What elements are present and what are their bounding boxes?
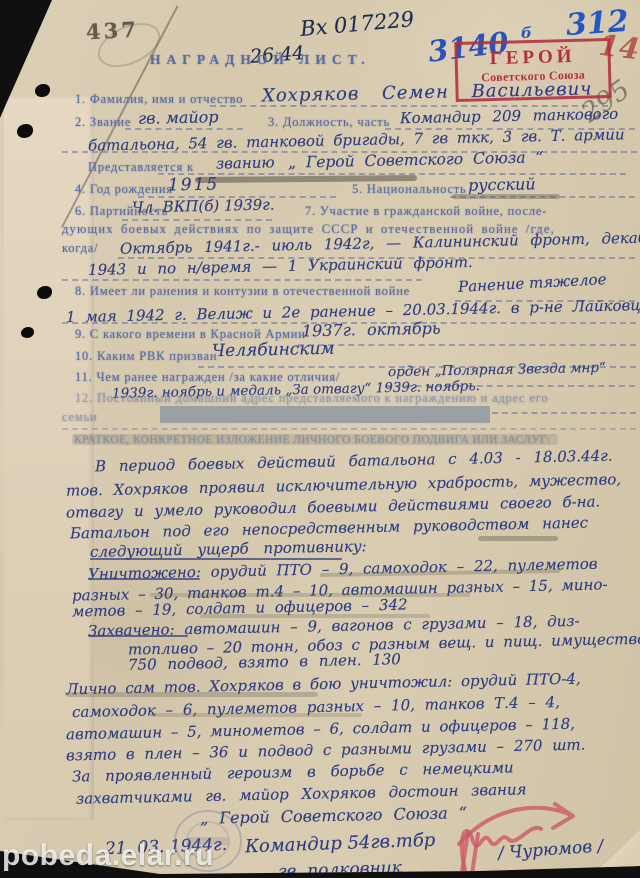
item3-label: 3. Должность, часть [268, 115, 390, 130]
item3-value-line1: Командир 209 танкового [400, 105, 619, 128]
ink-underline [88, 635, 188, 637]
ruled-line [62, 428, 636, 430]
item8-value-line1: Ранение тяжелое [458, 270, 607, 296]
archive-page-number: 437 [85, 17, 139, 45]
item12-label-line1: 12. Постоянный домашний адрес представля… [75, 391, 548, 406]
item1-value: Хохряков Семен Васильевич [262, 79, 593, 107]
item8-label: 8. Имеет ли ранения и контузии в отечест… [75, 284, 410, 299]
item9-value: 1937г. октябрь [302, 319, 441, 341]
document-title: НАГРАДНОЙ ЛИСТ. [150, 52, 371, 68]
pencil-smudge [66, 692, 318, 697]
item5-value: русский [468, 174, 536, 194]
ruled-line [122, 219, 272, 221]
watermark: pobeda.elar.ru [2, 839, 214, 873]
item5-label: 5. Национальность [352, 182, 467, 197]
pencil-smudge [150, 593, 470, 597]
ink-underline [88, 578, 200, 580]
item2-value: гв. майор [138, 107, 219, 128]
document-scan: { "scan": { "watermark": "pobeda.elar.ru… [0, 0, 640, 878]
pencil-smudge [200, 614, 430, 618]
item11-value-line1: орден „Полярная Звезда мнр“ [388, 360, 606, 381]
ruled-line [492, 412, 636, 414]
signer-rank: гв. полковник [278, 858, 403, 878]
ruled-line [298, 344, 636, 346]
item12-label-line2: семьи [62, 410, 98, 425]
ruled-line [125, 128, 243, 130]
pencil-smudge [72, 434, 558, 445]
ruled-line [62, 279, 422, 281]
item10-value: Челябинским [212, 339, 335, 362]
redaction-box [160, 406, 490, 423]
item4-label: 4. Год рождения [75, 182, 173, 197]
pencil-smudge [478, 536, 558, 541]
item6-value: Чл. ВКП(б) 1939г. [132, 196, 275, 217]
pencil-smudge [452, 194, 560, 199]
ink-underline [90, 558, 342, 560]
item10-label: 10. Каким РВК призван [75, 349, 217, 364]
item4-value: 1915 [168, 174, 220, 195]
signer-position: Командир 54гв.тбр [245, 830, 436, 858]
paper-sheet: 437 Вх 017229 26.44 3140 б 312 14 295 ГЕ… [0, 0, 640, 878]
registration-number: Вх 017229 [299, 7, 415, 41]
item7-label-line3: когда/ [62, 241, 98, 256]
item3b-label-hw: званию [216, 153, 275, 172]
item7-label-line1: 7. Участие в гражданской войне, после- [305, 204, 547, 219]
pencil-smudge [150, 713, 362, 717]
item2-label: 2. Звание [75, 115, 131, 130]
